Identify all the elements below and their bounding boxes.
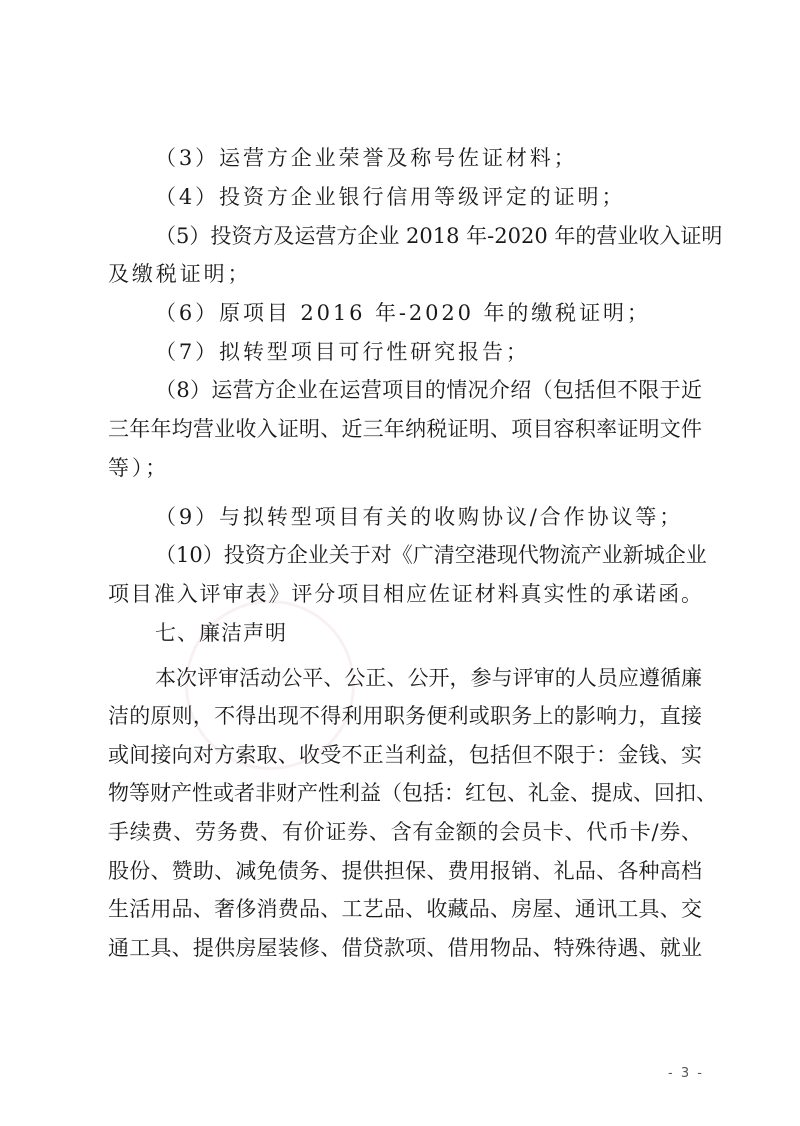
list-item-5-cont: 及缴税证明； — [108, 255, 702, 293]
section-heading-integrity: 七、廉洁声明 — [155, 614, 702, 652]
paragraph-line: 洁的原则，不得出现不得利用职务便利或职务上的影响力，直接 — [108, 697, 702, 735]
list-item-9: （9）与拟转型项目有关的收购协议/合作协议等； — [155, 498, 702, 536]
list-item-8: （8）运营方企业在运营项目的情况介绍（包括但不限于近 — [155, 371, 702, 409]
list-item-7: （7）拟转型项目可行性研究报告； — [155, 333, 702, 371]
list-item-10: （10）投资方企业关于对《广清空港现代物流产业新城企业 — [155, 536, 702, 574]
list-item-6: （6）原项目 2016 年-2020 年的缴税证明； — [155, 294, 702, 332]
paragraph-line: 通工具、提供房屋装修、借贷款项、借用物品、特殊待遇、就业 — [108, 929, 702, 967]
paragraph-line: 手续费、劳务费、有价证券、含有金额的会员卡、代币卡/券、 — [108, 813, 702, 851]
document-page: （3）运营方企业荣誉及称号佐证材料； （4）投资方企业银行信用等级评定的证明； … — [0, 0, 800, 1126]
page-number: - 3 - — [668, 1066, 704, 1081]
paragraph-line: 股份、赞助、减免债务、提供担保、费用报销、礼品、各种高档 — [108, 852, 702, 890]
list-item-3: （3）运营方企业荣誉及称号佐证材料； — [155, 139, 702, 177]
list-item-5: （5）投资方及运营方企业 2018 年-2020 年的营业收入证明 — [155, 217, 702, 255]
list-item-4: （4）投资方企业银行信用等级评定的证明； — [155, 178, 702, 216]
list-item-10-cont: 项目准入评审表》评分项目相应佐证材料真实性的承诺函。 — [108, 575, 702, 613]
paragraph-line: 生活用品、奢侈消费品、工艺品、收藏品、房屋、通讯工具、交 — [108, 890, 702, 928]
list-item-8-end: 等）； — [108, 449, 702, 487]
paragraph-line: 或间接向对方索取、收受不正当利益，包括但不限于：金钱、实 — [108, 736, 702, 774]
paragraph-line: 本次评审活动公平、公正、公开，参与评审的人员应遵循廉 — [155, 659, 702, 697]
list-item-8-cont: 三年年均营业收入证明、近三年纳税证明、项目容积率证明文件 — [108, 410, 702, 448]
paragraph-line: 物等财产性或者非财产性利益（包括：红包、礼金、提成、回扣、 — [108, 774, 702, 812]
